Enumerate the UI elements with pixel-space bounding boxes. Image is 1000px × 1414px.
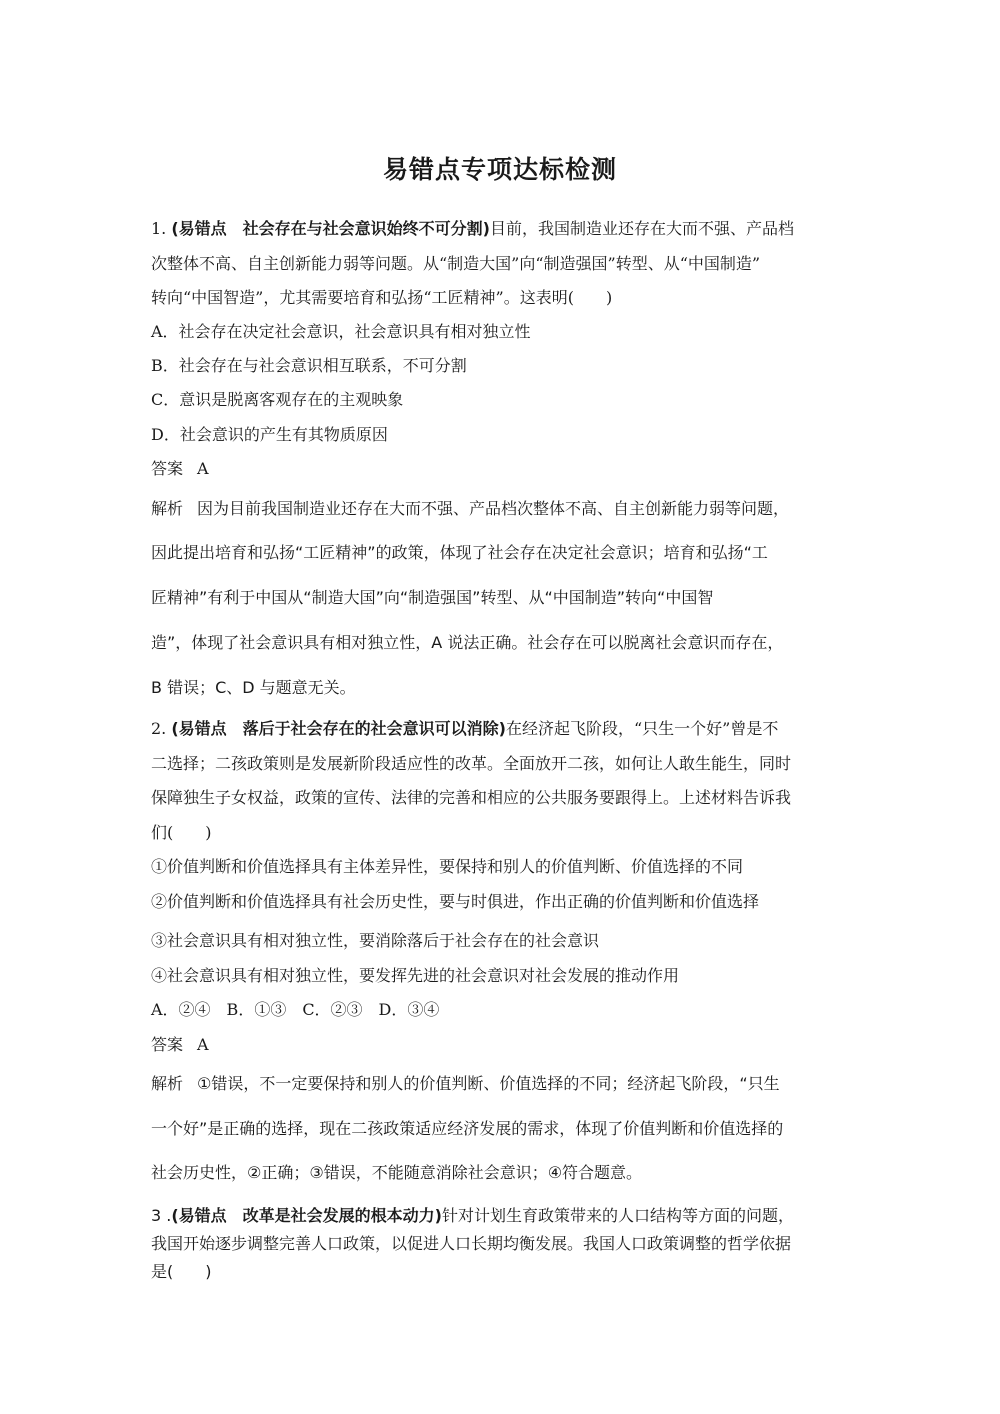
analysis: 解析①错误，不一定要保持和别人的价值判断、价值选择的不同；经济起飞阶段，“只生 [151,1074,780,1094]
analysis-text: ①错误，不一定要保持和别人的价值判断、价值选择的不同；经济起飞阶段，“只生 [197,1074,780,1093]
option-c: C．意识是脱离客观存在的主观映象 [151,390,403,410]
option-d: D．社会意识的产生有其物质原因 [151,425,388,445]
analysis-line: B 错误；C、D 与题意无关。 [151,678,356,698]
question-tag: (易错点 改革是社会发展的根本动力) [171,1206,442,1225]
analysis-label: 解析 [151,1074,183,1093]
analysis-line: 因此提出培育和弘扬“工匠精神”的政策，体现了社会存在决定社会意识；培育和弘扬“工 [151,543,768,563]
statement-3: ③社会意识具有相对独立性，要消除落后于社会存在的社会意识 [151,931,599,951]
question-stem-line: 二选择；二孩政策则是发展新阶段适应性的改革。全面放开二孩，如何让人敢生能生，同时 [151,754,791,774]
statement-4: ④社会意识具有相对独立性，要发挥先进的社会意识对社会发展的推动作用 [151,966,679,986]
analysis-line: 一个好”是正确的选择，现在二孩政策适应经济发展的需求，体现了价值判断和价值选择的 [151,1119,783,1139]
option-b: B．社会存在与社会意识相互联系，不可分割 [151,356,467,376]
question-stem-line: 们( ) [151,823,212,843]
question-stem-line: 我国开始逐步调整完善人口政策，以促进人口长期均衡发展。我国人口政策调整的哲学依据 [151,1234,791,1254]
analysis-line: 造”，体现了社会意识具有相对独立性，A 说法正确。社会存在可以脱离社会意识而存在… [151,633,783,653]
analysis-text: 因为目前我国制造业还存在大而不强、产品档次整体不高、自主创新能力弱等问题， [197,499,789,518]
statement-1: ①价值判断和价值选择具有主体差异性，要保持和别人的价值判断、价值选择的不同 [151,857,743,877]
statement-2: ②价值判断和价值选择具有社会历史性，要与时俱进，作出正确的价值判断和价值选择 [151,892,759,912]
analysis: 解析因为目前我国制造业还存在大而不强、产品档次整体不高、自主创新能力弱等问题， [151,499,789,519]
answer-label: 答案 [151,459,183,478]
question-stem-line: 次整体不高、自主创新能力弱等问题。从“制造大国”向“制造强国”转型、从“中国制造… [151,254,760,274]
question-tag: (易错点 落后于社会存在的社会意识可以消除) [171,719,506,738]
question-number: 1. [151,219,166,238]
question-stem-line: 2. (易错点 落后于社会存在的社会意识可以消除)在经济起飞阶段，“只生一个好”… [151,719,778,739]
options-line: A．②④ B．①③ C．②③ D．③④ [151,1000,439,1020]
answer-value: A [197,1035,209,1054]
page-title: 易错点专项达标检测 [0,150,1000,186]
option-a: A．社会存在决定社会意识，社会意识具有相对独立性 [151,322,531,342]
question-stem-line: 是( ) [151,1262,212,1282]
answer-value: A [197,459,209,478]
analysis-line: 匠精神”有利于中国从“制造大国”向“制造强国”转型、从“中国制造”转向“中国智 [151,588,713,608]
question-stem-line: 1. (易错点 社会存在与社会意识始终不可分割)目前，我国制造业还存在大而不强、… [151,219,794,239]
question-stem-line: 3 .(易错点 改革是社会发展的根本动力)针对计划生育政策带来的人口结构等方面的… [151,1206,794,1226]
question-number: 3 . [151,1206,171,1225]
question-stem-line: 保障独生子女权益，政策的宣传、法律的完善和相应的公共服务要跟得上。上述材料告诉我 [151,788,791,808]
answer-label: 答案 [151,1035,183,1054]
question-stem: 针对计划生育政策带来的人口结构等方面的问题， [442,1206,794,1225]
answer: 答案A [151,1035,209,1055]
question-tag: (易错点 社会存在与社会意识始终不可分割) [171,219,490,238]
question-stem: 目前，我国制造业还存在大而不强、产品档 [490,219,794,238]
answer: 答案A [151,459,209,479]
question-stem: 在经济起飞阶段，“只生一个好”曾是不 [506,719,778,738]
analysis-line: 社会历史性，②正确；③错误，不能随意消除社会意识；④符合题意。 [151,1163,642,1183]
analysis-label: 解析 [151,499,183,518]
question-number: 2. [151,719,166,738]
question-stem-line: 转向“中国智造”，尤其需要培育和弘扬“工匠精神”。这表明( ) [151,288,612,308]
